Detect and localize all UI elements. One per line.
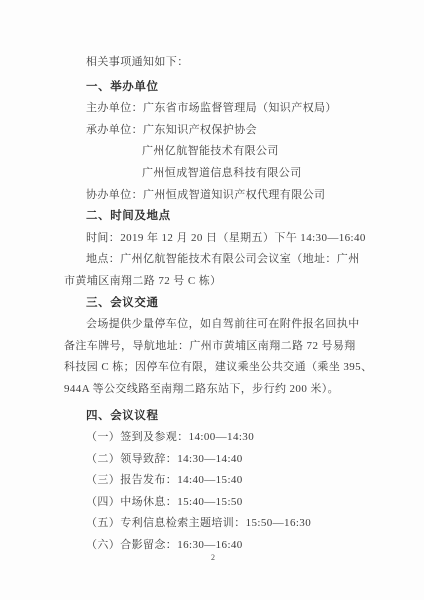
section-heading-transport: 三、会议交通 (64, 293, 362, 315)
doc-line-co-organizer: 协办单位：广州恒成智道知识产权代理有限公司 (64, 185, 362, 207)
doc-line-transport-3: 科技园 C 栋；因停车位有限，建议乘坐公共交通（乘坐 395、 (64, 357, 362, 379)
doc-line-undertaker-company-3: 广州恒成智道信息科技有限公司 (64, 163, 362, 185)
doc-line-time: 时间：2019 年 12 月 20 日（星期五）下午 14:30—16:40 (64, 228, 362, 250)
agenda-item-2: （二）领导致辞：14:30—14:40 (64, 449, 362, 471)
doc-line-transport-2: 备注车牌号，导航地址：广州市黄埔区南翔二路 72 号易翔 (64, 336, 362, 358)
agenda-item-4: （四）中场休息：15:40—15:50 (64, 492, 362, 514)
agenda-item-5: （五）专利信息检索主题培训：15:50—16:30 (64, 513, 362, 535)
doc-line-place-1: 地点：广州亿航智能技术有限公司会议室（地址：广州 (64, 249, 362, 271)
doc-line-undertaker-company-2: 广州亿航智能技术有限公司 (64, 141, 362, 163)
doc-line-transport-4: 944A 等公交线路至南翔二路东站下，步行约 200 米）。 (64, 379, 362, 401)
section-heading-organizers: 一、举办单位 (64, 77, 362, 99)
agenda-item-1: （一）签到及参观：14:00—14:30 (64, 427, 362, 449)
document-page: 相关事项通知如下： 一、举办单位 主办单位：广东省市场监督管理局（知识产权局） … (0, 0, 424, 600)
section-heading-agenda: 四、会议议程 (64, 406, 362, 428)
doc-line-transport-1: 会场提供少量停车位，如自驾前往可在附件报名回执中 (64, 314, 362, 336)
doc-line-host-unit: 主办单位：广东省市场监督管理局（知识产权局） (64, 98, 362, 120)
agenda-item-3: （三）报告发布：14:40—15:40 (64, 470, 362, 492)
intro-line: 相关事项通知如下： (64, 52, 362, 74)
doc-line-place-2: 市黄埔区南翔二路 72 号 C 栋） (64, 271, 362, 293)
section-heading-time-place: 二、时间及地点 (64, 206, 362, 228)
doc-line-undertaker-unit: 承办单位：广东知识产权保护协会 (64, 120, 362, 142)
